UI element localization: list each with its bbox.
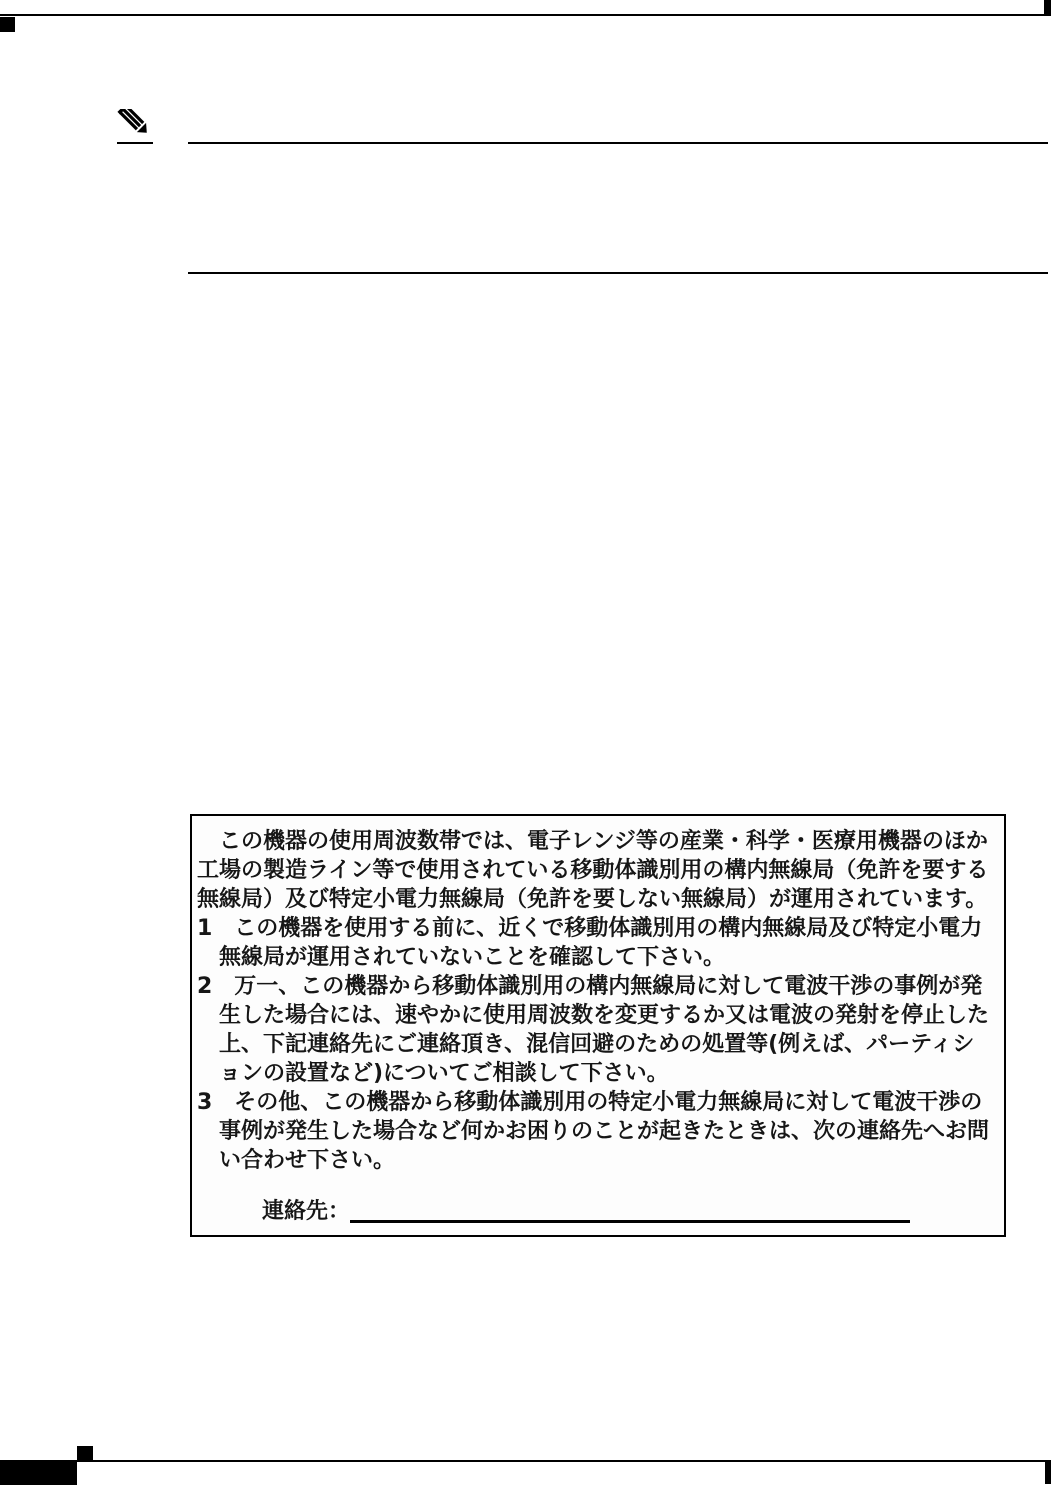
document-page: この機器の使用周波数帯では、電子レンジ等の産業・科学・医療用機器のほか 工場の製…: [0, 0, 1051, 1485]
warning-line: 上、下記連絡先にご連絡頂き、混信回避のための処置等(例えば、パーティシ: [197, 1030, 1002, 1059]
warning-line: 工場の製造ライン等で使用されている移動体識別用の構内無線局（免許を要する: [197, 856, 1002, 885]
warning-line: ョンの設置など)についてご相談して下さい。: [197, 1059, 1002, 1088]
note-bottom-rule: [188, 272, 1048, 274]
warning-line: 事例が発生した場合など何かお困りのことが起きたときは、次の連絡先へお問: [197, 1117, 1002, 1146]
radio-interference-warning-box: この機器の使用周波数帯では、電子レンジ等の産業・科学・医療用機器のほか 工場の製…: [190, 814, 1006, 1237]
footer-rule: [77, 1460, 1046, 1462]
warning-line: 1 この機器を使用する前に、近くで移動体識別用の構内無線局及び特定小電力: [197, 914, 1002, 943]
warning-line: この機器の使用周波数帯では、電子レンジ等の産業・科学・医療用機器のほか: [197, 827, 1002, 856]
top-right-crop-mark: [1044, 0, 1051, 16]
note-top-rule: [188, 142, 1048, 144]
top-edge-rule: [0, 14, 1046, 16]
warning-line: 無線局が運用されていないことを確認して下さい。: [197, 943, 1002, 972]
contact-blank-line: [350, 1220, 910, 1223]
contact-row: 連絡先：: [197, 1197, 1002, 1226]
footer-small-square-mark: [77, 1446, 93, 1460]
warning-line: 無線局）及び特定小電力無線局（免許を要しない無線局）が運用されています。: [197, 885, 1002, 914]
contact-label: 連絡先：: [262, 1197, 350, 1226]
warning-line: 3 その他、この機器から移動体識別用の特定小電力無線局に対して電波干渉の: [197, 1088, 1002, 1117]
footer-right-crop-mark: [1045, 1460, 1051, 1484]
warning-line: 生した場合には、速やかに使用周波数を変更するか又は電波の発射を停止した: [197, 1001, 1002, 1030]
warning-line: い合わせ下さい。: [197, 1146, 1002, 1175]
warning-line: 2 万一、この機器から移動体識別用の構内無線局に対して電波干渉の事例が発: [197, 972, 1002, 1001]
note-icon-underline: [117, 142, 153, 144]
pencil-icon: [117, 109, 157, 143]
footer-left-tab-mark: [0, 1460, 77, 1485]
top-left-crop-mark: [0, 17, 15, 32]
